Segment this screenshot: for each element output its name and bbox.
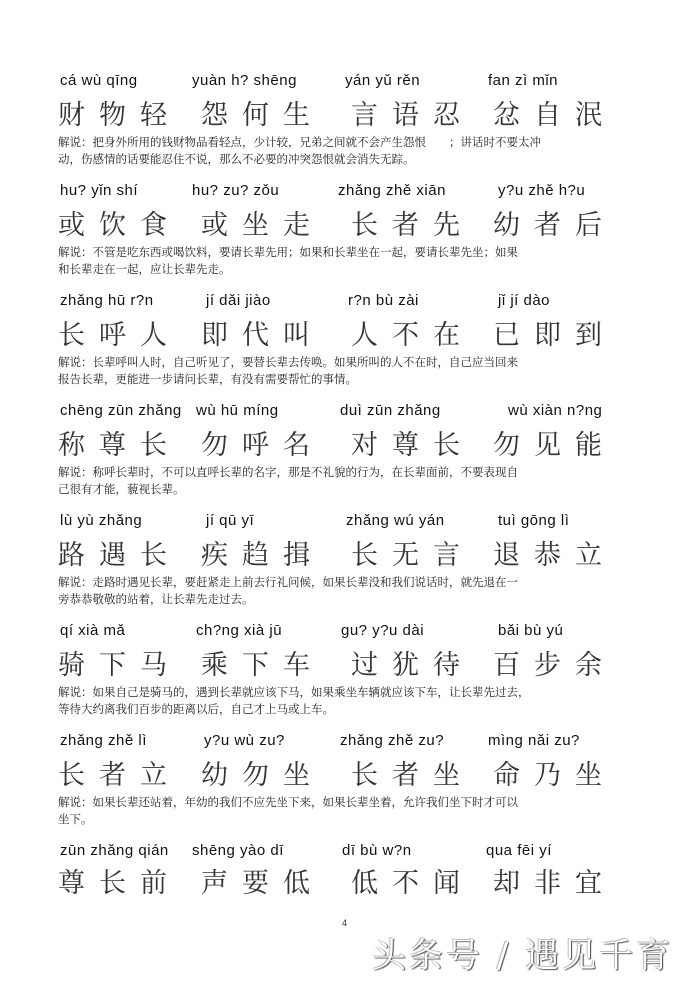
hanzi-row: 骑下马 乘下车 过犹待 百步余 bbox=[58, 648, 638, 684]
hanzi-row: 称尊长 勿呼名 对尊长 勿见能 bbox=[58, 428, 638, 464]
pinyin-group: jí dǎi jiào bbox=[206, 290, 271, 312]
pinyin-group: wù xiàn n?ng bbox=[508, 400, 602, 422]
pinyin-group: zūn zhǎng qián bbox=[60, 840, 169, 862]
pinyin-group: r?n bù zài bbox=[348, 290, 419, 312]
document-page: cá wù qīng yuàn h? shēng yán yǔ rěn fan … bbox=[0, 0, 691, 981]
pinyin-group: fan zì mǐn bbox=[488, 70, 558, 92]
hanzi-group: 言语忍 bbox=[351, 98, 474, 134]
explanation-line: 解说：如果自己是骑马的，遇到长辈就应该下马，如果乘坐车辆就应该下车，让长辈先过去… bbox=[58, 684, 618, 701]
pinyin-group: gu? y?u dài bbox=[341, 620, 424, 642]
hanzi-group: 长者立 bbox=[58, 758, 181, 794]
pinyin-group: shēng yào dī bbox=[192, 840, 284, 862]
hanzi-group: 忿自泯 bbox=[493, 98, 616, 134]
pinyin-group: y?u zhě h?u bbox=[498, 180, 585, 202]
stanza-4: chēng zūn zhǎng wù hū míng duì zūn zhǎng… bbox=[58, 400, 638, 510]
stanza-2: hu? yǐn shí hu? zu? zǒu zhǎng zhě xiān y… bbox=[58, 180, 638, 290]
pinyin-group: dī bù w?n bbox=[342, 840, 412, 862]
pinyin-row: zhǎng hū r?n jí dǎi jiào r?n bù zài jǐ j… bbox=[58, 290, 638, 312]
pinyin-group: bǎi bù yú bbox=[498, 620, 563, 642]
hanzi-row: 财物轻 怨何生 言语忍 忿自泯 bbox=[58, 98, 638, 134]
explanation-line: 等待大约离我们百步的距离以后，自己才上马或上车。 bbox=[58, 701, 618, 718]
watermark: 头条号 / 遇见千育 bbox=[372, 928, 673, 977]
pinyin-row: zhǎng zhě lì y?u wù zu? zhǎng zhě zu? mì… bbox=[58, 730, 638, 752]
explanation: 解说：称呼长辈时，不可以直呼长辈的名字，那是不礼貌的行为，在长辈面前，不要表现自… bbox=[58, 464, 618, 498]
pinyin-group: jí qū yī bbox=[206, 510, 254, 532]
hanzi-group: 命乃坐 bbox=[493, 758, 616, 794]
explanation-line: 解说：称呼长辈时，不可以直呼长辈的名字，那是不礼貌的行为，在长辈面前，不要表现自 bbox=[58, 464, 618, 481]
hanzi-group: 或坐走 bbox=[201, 208, 324, 244]
hanzi-group: 幼勿坐 bbox=[201, 758, 324, 794]
pinyin-group: lù yù zhǎng bbox=[60, 510, 142, 532]
explanation-line: 坐下。 bbox=[58, 811, 618, 828]
pinyin-row: cá wù qīng yuàn h? shēng yán yǔ rěn fan … bbox=[58, 70, 638, 92]
pinyin-group: jǐ jí dào bbox=[498, 290, 550, 312]
explanation: 解说：走路时遇见长辈，要赶紧走上前去行礼问候，如果长辈没和我们说话时，就先退在一… bbox=[58, 574, 618, 608]
hanzi-group: 或饮食 bbox=[58, 208, 181, 244]
explanation: 解说：如果自己是骑马的，遇到长辈就应该下马，如果乘坐车辆就应该下车，让长辈先过去… bbox=[58, 684, 618, 718]
hanzi-group: 却非宜 bbox=[493, 866, 616, 902]
explanation-line: 解说：走路时遇见长辈，要赶紧走上前去行礼问候，如果长辈没和我们说话时，就先退在一 bbox=[58, 574, 618, 591]
explanation: 解说：如果长辈还站着，年幼的我们不应先坐下来，如果长辈坐着，允许我们坐下时才可以… bbox=[58, 794, 618, 828]
explanation: 解说：不管是吃东西或喝饮料，要请长辈先用；如果和长辈坐在一起，要请长辈先坐；如果… bbox=[58, 244, 618, 278]
hanzi-row: 或饮食 或坐走 长者先 幼者后 bbox=[58, 208, 638, 244]
hanzi-group: 尊长前 bbox=[58, 866, 181, 902]
hanzi-group: 声要低 bbox=[201, 866, 324, 902]
explanation: 解说：长辈呼叫人时，自己听见了，要替长辈去传唤。如果所叫的人不在时，自己应当回来… bbox=[58, 354, 618, 388]
hanzi-row: 路遇长 疾趋揖 长无言 退恭立 bbox=[58, 538, 638, 574]
pinyin-group: yuàn h? shēng bbox=[192, 70, 297, 92]
hanzi-group: 人不在 bbox=[351, 318, 474, 354]
explanation-line: 解说：长辈呼叫人时，自己听见了，要替长辈去传唤。如果所叫的人不在时，自己应当回来 bbox=[58, 354, 618, 371]
explanation-line: 解说：不管是吃东西或喝饮料，要请长辈先用；如果和长辈坐在一起，要请长辈先坐；如果 bbox=[58, 244, 618, 261]
hanzi-group: 幼者后 bbox=[493, 208, 616, 244]
explanation-line: 旁恭恭敬敬的站着，让长辈先走过去。 bbox=[58, 591, 618, 608]
pinyin-group: zhǎng hū r?n bbox=[60, 290, 154, 312]
stanza-6: qí xià mǎ ch?ng xià jū gu? y?u dài bǎi b… bbox=[58, 620, 638, 730]
explanation-line: 动，伤感情的话要能忍住不说，那么不必要的冲突怨恨就会消失无踪。 bbox=[58, 151, 618, 168]
pinyin-group: zhǎng zhě zu? bbox=[340, 730, 444, 752]
stanza-1: cá wù qīng yuàn h? shēng yán yǔ rěn fan … bbox=[58, 70, 638, 180]
pinyin-group: tuì gōng lì bbox=[498, 510, 569, 532]
hanzi-group: 长者坐 bbox=[351, 758, 474, 794]
pinyin-group: wù hū míng bbox=[196, 400, 279, 422]
hanzi-group: 即代叫 bbox=[201, 318, 324, 354]
hanzi-group: 勿见能 bbox=[493, 428, 616, 464]
stanza-7: zhǎng zhě lì y?u wù zu? zhǎng zhě zu? mì… bbox=[58, 730, 638, 840]
explanation-line: 报告长辈，更能进一步请问长辈，有没有需要帮忙的事情。 bbox=[58, 371, 618, 388]
pinyin-group: hu? yǐn shí bbox=[60, 180, 138, 202]
pinyin-group: zhǎng wú yán bbox=[346, 510, 445, 532]
hanzi-group: 勿呼名 bbox=[201, 428, 324, 464]
hanzi-group: 乘下车 bbox=[201, 648, 324, 684]
pinyin-row: hu? yǐn shí hu? zu? zǒu zhǎng zhě xiān y… bbox=[58, 180, 638, 202]
explanation-line: 己很有才能，藐视长辈。 bbox=[58, 481, 618, 498]
pinyin-group: ch?ng xià jū bbox=[196, 620, 282, 642]
hanzi-group: 财物轻 bbox=[58, 98, 181, 134]
pinyin-group: qua fēi yí bbox=[486, 840, 552, 862]
explanation: 解说：把身外所用的钱财物品看轻点，少计较，兄弟之间就不会产生怨恨 ；讲话时不要太… bbox=[58, 134, 618, 168]
hanzi-row: 尊长前 声要低 低不闻 却非宜 bbox=[58, 866, 638, 902]
hanzi-row: 长者立 幼勿坐 长者坐 命乃坐 bbox=[58, 758, 638, 794]
hanzi-group: 对尊长 bbox=[351, 428, 474, 464]
pinyin-group: hu? zu? zǒu bbox=[192, 180, 279, 202]
pinyin-group: cá wù qīng bbox=[60, 70, 138, 92]
pinyin-group: y?u wù zu? bbox=[204, 730, 285, 752]
hanzi-group: 路遇长 bbox=[58, 538, 181, 574]
hanzi-group: 长无言 bbox=[351, 538, 474, 574]
hanzi-group: 长者先 bbox=[351, 208, 474, 244]
pinyin-row: chēng zūn zhǎng wù hū míng duì zūn zhǎng… bbox=[58, 400, 638, 422]
hanzi-group: 已即到 bbox=[493, 318, 616, 354]
hanzi-group: 低不闻 bbox=[351, 866, 474, 902]
hanzi-group: 骑下马 bbox=[58, 648, 181, 684]
pinyin-group: duì zūn zhǎng bbox=[340, 400, 441, 422]
hanzi-group: 百步余 bbox=[493, 648, 616, 684]
hanzi-group: 过犹待 bbox=[351, 648, 474, 684]
pinyin-group: qí xià mǎ bbox=[60, 620, 125, 642]
hanzi-group: 退恭立 bbox=[493, 538, 616, 574]
pinyin-group: yán yǔ rěn bbox=[345, 70, 420, 92]
stanza-3: zhǎng hū r?n jí dǎi jiào r?n bù zài jǐ j… bbox=[58, 290, 638, 400]
pinyin-row: zūn zhǎng qián shēng yào dī dī bù w?n qu… bbox=[58, 840, 638, 862]
page-number: 4 bbox=[342, 918, 347, 928]
explanation-line: 和长辈走在一起，应让长辈先走。 bbox=[58, 261, 618, 278]
pinyin-group: zhǎng zhě lì bbox=[60, 730, 147, 752]
pinyin-row: qí xià mǎ ch?ng xià jū gu? y?u dài bǎi b… bbox=[58, 620, 638, 642]
hanzi-group: 怨何生 bbox=[201, 98, 324, 134]
hanzi-group: 疾趋揖 bbox=[201, 538, 324, 574]
pinyin-group: chēng zūn zhǎng bbox=[60, 400, 182, 422]
explanation-line: 解说：如果长辈还站着，年幼的我们不应先坐下来，如果长辈坐着，允许我们坐下时才可以 bbox=[58, 794, 618, 811]
hanzi-row: 长呼人 即代叫 人不在 已即到 bbox=[58, 318, 638, 354]
explanation-line: 解说：把身外所用的钱财物品看轻点，少计较，兄弟之间就不会产生怨恨 ；讲话时不要太… bbox=[58, 134, 618, 151]
pinyin-group: mìng nǎi zu? bbox=[488, 730, 580, 752]
pinyin-row: lù yù zhǎng jí qū yī zhǎng wú yán tuì gō… bbox=[58, 510, 638, 532]
pinyin-group: zhǎng zhě xiān bbox=[338, 180, 446, 202]
hanzi-group: 称尊长 bbox=[58, 428, 181, 464]
hanzi-group: 长呼人 bbox=[58, 318, 181, 354]
stanza-5: lù yù zhǎng jí qū yī zhǎng wú yán tuì gō… bbox=[58, 510, 638, 620]
